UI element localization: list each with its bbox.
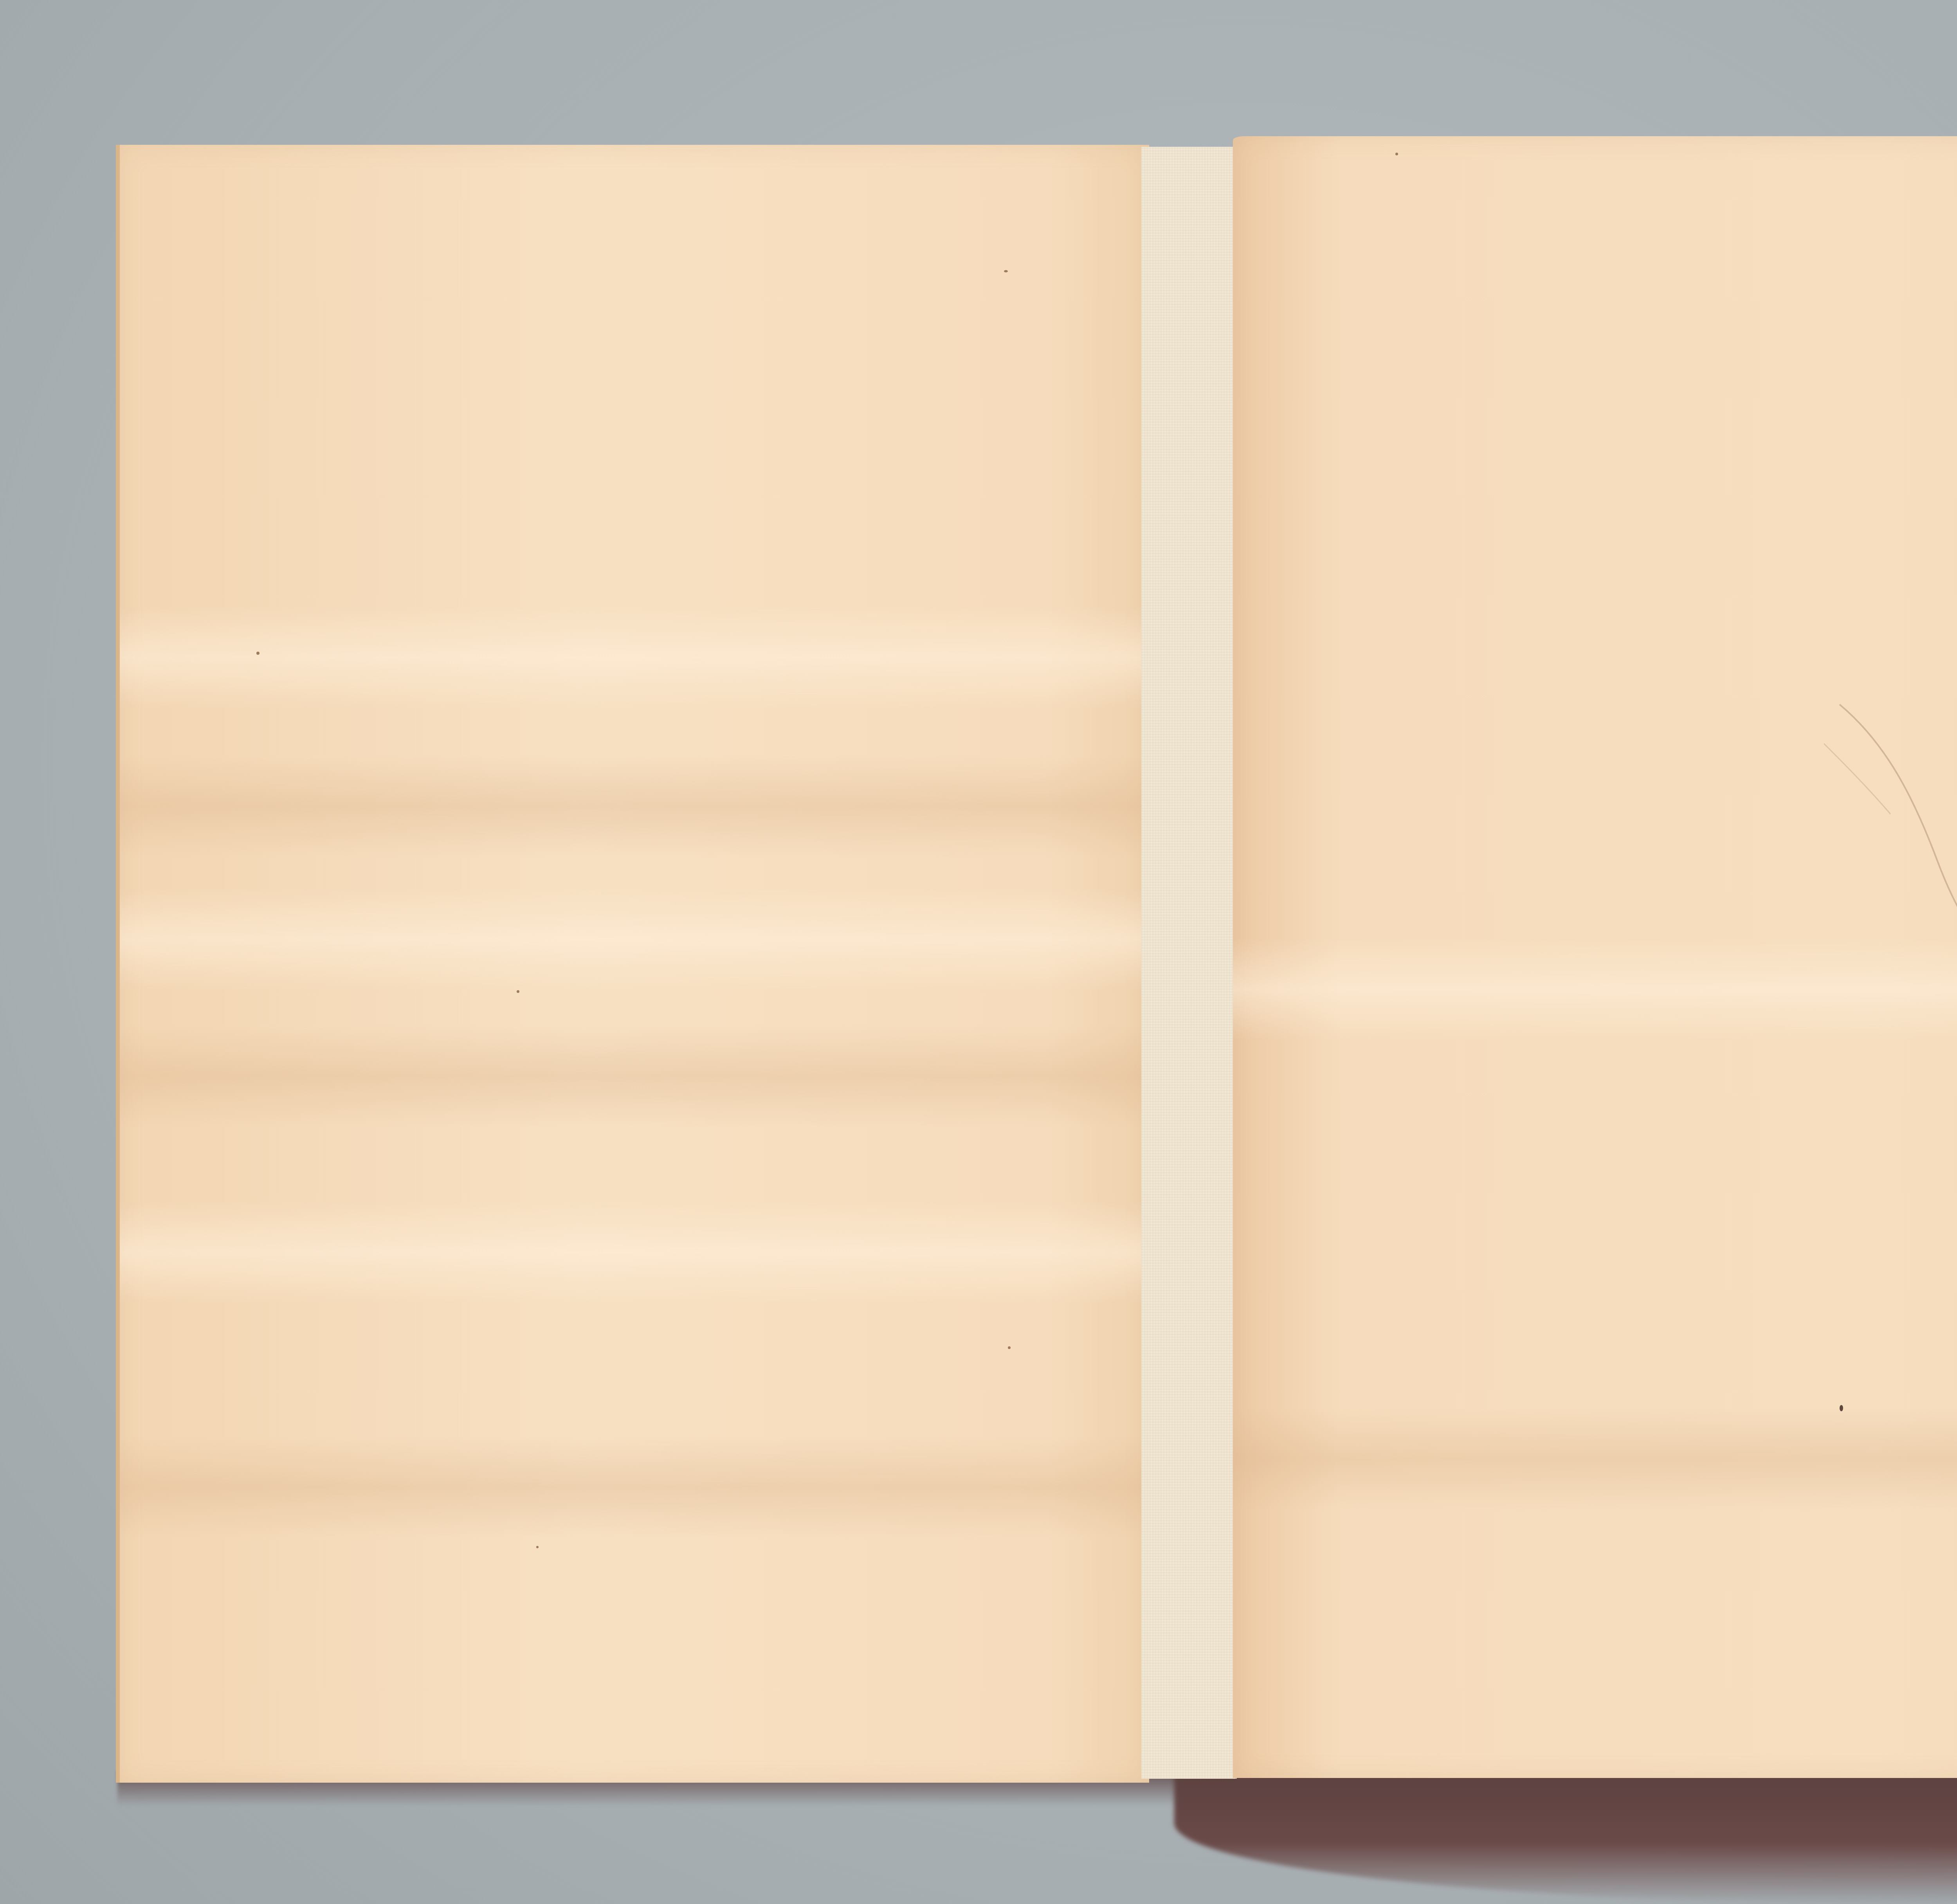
ink-dot — [1840, 1405, 1843, 1411]
speck — [536, 1546, 539, 1548]
spine-strip — [1141, 147, 1237, 1779]
paper-ripple — [120, 1201, 1149, 1303]
foxing-spot — [1004, 270, 1008, 272]
paper-ripple — [120, 755, 1149, 857]
left-page — [116, 145, 1149, 1783]
pencil-line-mark — [1824, 697, 1957, 994]
speck — [256, 652, 259, 655]
paper-ripple — [1233, 1408, 1957, 1510]
paper-ripple — [120, 607, 1149, 708]
paper-ripple — [120, 1436, 1149, 1538]
speck — [1008, 1346, 1011, 1349]
speck — [1395, 153, 1398, 155]
speck — [517, 990, 519, 993]
paper-ripple — [120, 888, 1149, 990]
paper-ripple — [120, 1025, 1149, 1127]
